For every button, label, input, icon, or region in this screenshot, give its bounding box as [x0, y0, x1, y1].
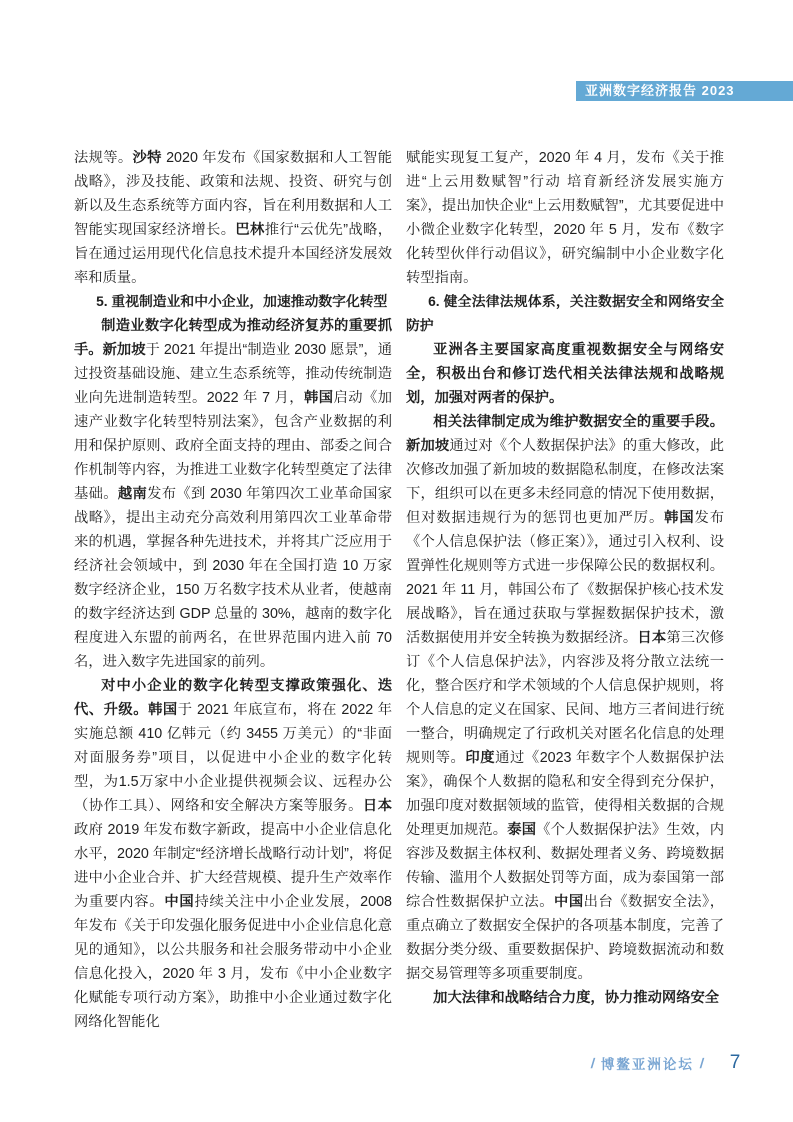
text-run: 泰国 [507, 822, 536, 838]
text-run: 5. 重视制造业和中小企业，加速推动数字化转型 [96, 294, 387, 309]
text-run: 第三次修订《个人信息保护法》，内容涉及将分散立法统一化，整合医疗和学术领域的个人… [406, 630, 724, 766]
text-run: 新加坡 [103, 342, 146, 358]
paragraph: 亚洲各主要国家高度重视数据安全与网络安全，积极出台和修订迭代相关法律法规和战略规… [406, 338, 724, 410]
column-right: 赋能实现复工复产，2020 年 4 月，发布《关于推进“上云用数赋智”行动 培育… [406, 146, 724, 1034]
text-run: 越南 [118, 486, 147, 502]
text-run: 韩国 [304, 390, 334, 406]
text-run: 日本 [637, 630, 666, 646]
text-run: 沙特 [133, 150, 162, 166]
text-run: 发布《个人信息保护法（修正案）》，通过引入权利、设置弹性化规则等方式进一步保障公… [406, 510, 724, 646]
text-run: 韩国 [148, 702, 178, 718]
text-run: 加大法律和战略结合力度，协力推动网络安全 [433, 990, 719, 1006]
text-run: 于 2021 年底宣布，将在 2022 年实施总额 410 亿韩元（约 3455… [74, 702, 392, 814]
text-run: 法规等。 [74, 150, 133, 166]
paragraph: 赋能实现复工复产，2020 年 4 月，发布《关于推进“上云用数赋智”行动 培育… [406, 146, 724, 290]
footer-slash-right-icon: / [699, 1055, 705, 1071]
footer-slash-left-icon: / [590, 1055, 596, 1071]
text-run: 持续关注中小企业发展，2008 年发布《关于印发强化服务促进中小企业信息化意见的… [74, 894, 392, 1030]
text-run: 巴林 [235, 222, 264, 238]
footer-forum-name: 博鳌亚洲论坛 [601, 1053, 694, 1073]
section-heading: 5. 重视制造业和中小企业，加速推动数字化转型 [74, 290, 392, 314]
column-left: 法规等。沙特 2020 年发布《国家数据和人工智能战略》，涉及技能、政策和法规、… [74, 146, 392, 1034]
text-run: 6. 健全法律法规体系，关注数据安全和网络安全防护 [406, 294, 724, 333]
text-run: 亚洲各主要国家高度重视数据安全与网络安全，积极出台和修订迭代相关法律法规和战略规… [406, 342, 724, 406]
paragraph: 相关法律制定成为维护数据安全的重要手段。新加坡通过对《个人数据保护法》的重大修改… [406, 410, 724, 986]
paragraph: 制造业数字化转型成为推动经济复苏的重要抓手。新加坡于 2021 年提出“制造业 … [74, 314, 392, 674]
paragraph: 加大法律和战略结合力度，协力推动网络安全 [406, 986, 724, 1010]
report-page: 亚洲数字经济报告 2023 法规等。沙特 2020 年发布《国家数据和人工智能战… [0, 0, 793, 1122]
text-run: 相关法律制定成为维护数据安全的重要手段。 [433, 414, 724, 430]
text-run: 赋能实现复工复产，2020 年 4 月，发布《关于推进“上云用数赋智”行动 培育… [406, 150, 724, 286]
page-footer: / 博鳌亚洲论坛 / 7 [585, 1051, 740, 1075]
text-run: 发布《到 2030 年第四次工业革命国家战略》，提出主动充分高效利用第四次工业革… [74, 486, 392, 670]
text-run: 韩国 [664, 510, 694, 526]
article-body: 法规等。沙特 2020 年发布《国家数据和人工智能战略》，涉及技能、政策和法规、… [74, 146, 724, 1034]
text-run: 日本 [363, 798, 392, 814]
paragraph: 法规等。沙特 2020 年发布《国家数据和人工智能战略》，涉及技能、政策和法规、… [74, 146, 392, 290]
page-number: 7 [730, 1052, 741, 1074]
header-badge-label: 亚洲数字经济报告 2023 [585, 83, 735, 98]
text-run: 中国 [164, 894, 194, 910]
paragraph: 对中小企业的数字化转型支撑政策强化、迭代、升级。韩国于 2021 年底宣布，将在… [74, 674, 392, 1034]
section-heading: 6. 健全法律法规体系，关注数据安全和网络安全防护 [406, 290, 724, 338]
text-run: 新加坡 [406, 438, 449, 454]
header-badge: 亚洲数字经济报告 2023 [576, 81, 793, 101]
text-run: 印度 [465, 750, 495, 766]
text-run: 中国 [554, 894, 584, 910]
